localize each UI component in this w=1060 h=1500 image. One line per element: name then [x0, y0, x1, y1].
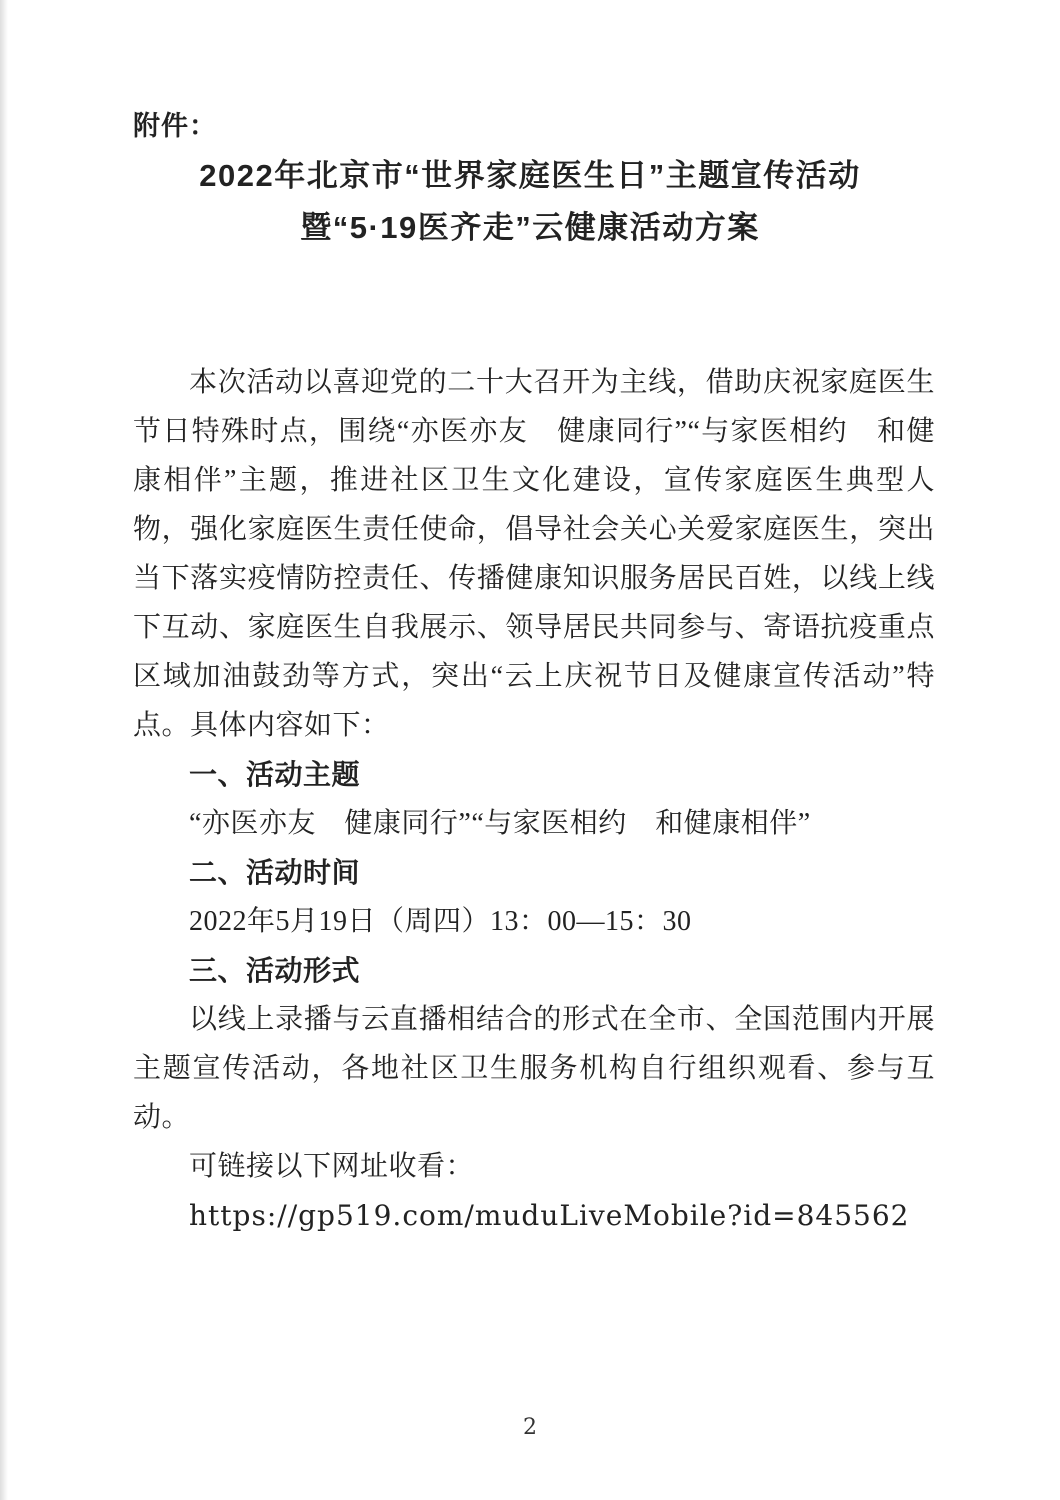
section-1-heading: 一、活动主题 — [133, 750, 935, 799]
link-intro-line: 可链接以下网址收看： — [133, 1142, 935, 1191]
section-2-heading: 二、活动时间 — [133, 848, 935, 897]
section-3-heading: 三、活动形式 — [133, 946, 935, 995]
intro-paragraph: 本次活动以喜迎党的二十大召开为主线，借助庆祝家庭医生节日特殊时点，围绕“亦医亦友… — [133, 358, 935, 750]
stream-url-text: https://gp519.com/muduLiveMobile?id=8455… — [133, 1191, 935, 1240]
section-2-time-line: 2022年5月19日（周四）13：00—15：30 — [133, 897, 935, 946]
section-1-theme-line: “亦医亦友 健康同行”“与家医相约 和健康相伴” — [133, 799, 935, 848]
document-body: 本次活动以喜迎党的二十大召开为主线，借助庆祝家庭医生节日特殊时点，围绕“亦医亦友… — [133, 358, 935, 1240]
page-number: 2 — [0, 1415, 1060, 1440]
document-title-line-2: 暨“5·19医齐走”云健康活动方案 — [0, 202, 1060, 254]
document-title-line-1: 2022年北京市“世界家庭医生日”主题宣传活动 — [0, 150, 1060, 202]
attachment-label: 附件： — [133, 110, 217, 142]
document-title: 2022年北京市“世界家庭医生日”主题宣传活动 暨“5·19医齐走”云健康活动方… — [0, 150, 1060, 254]
document-page: 附件： 2022年北京市“世界家庭医生日”主题宣传活动 暨“5·19医齐走”云健… — [0, 0, 1060, 1500]
section-3-paragraph: 以线上录播与云直播相结合的形式在全市、全国范围内开展主题宣传活动，各地社区卫生服… — [133, 995, 935, 1142]
